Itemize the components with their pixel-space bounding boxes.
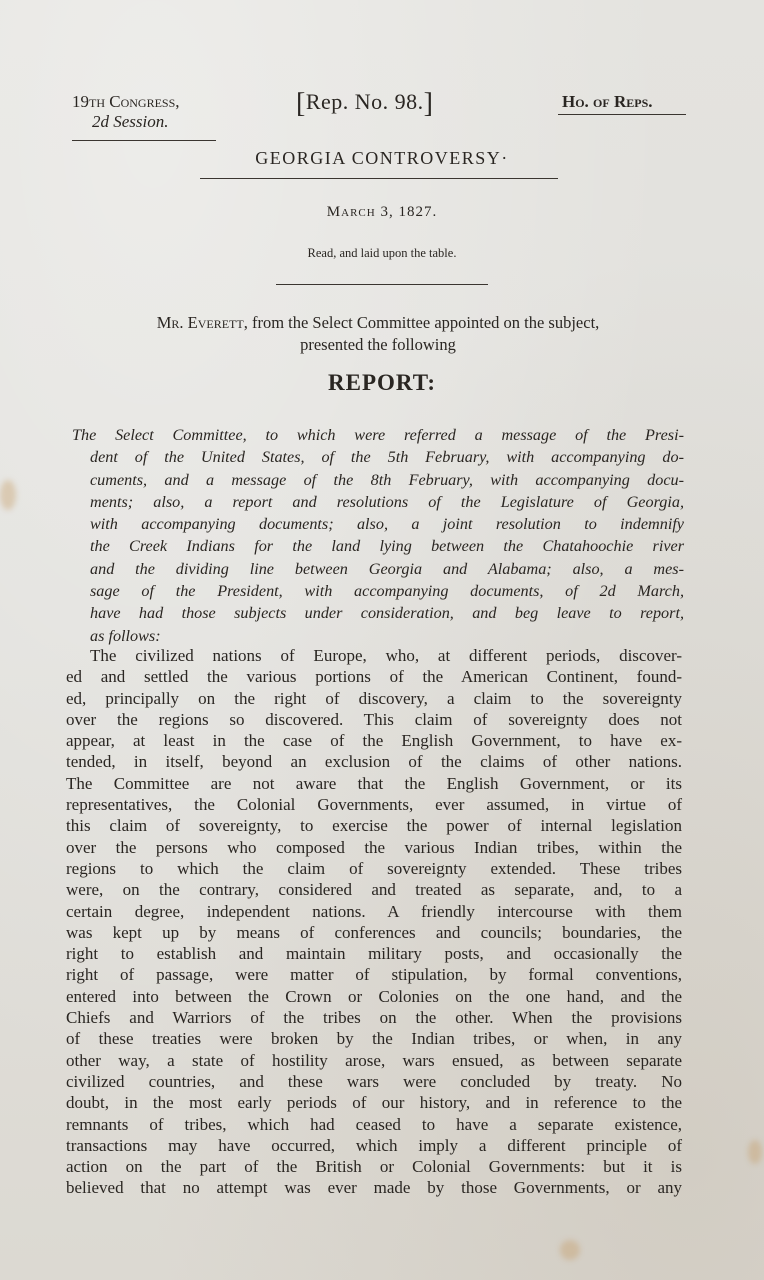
session-label: 2d Session. <box>92 112 180 132</box>
text-line: ed and settled the various portions of t… <box>66 666 682 687</box>
congress-session: 19th Congress, 2d Session. <box>72 92 180 132</box>
document-date: March 3, 1827. <box>0 204 764 221</box>
divider <box>276 284 488 285</box>
text-line: representatives, the Colonial Government… <box>66 794 682 815</box>
text-line: were, on the contrary, considered and tr… <box>66 879 682 900</box>
text-line: sage of the President, with accompanying… <box>72 580 684 602</box>
text-line: appear, at least in the case of the Engl… <box>66 730 682 751</box>
text-line: over the regions so discovered. This cla… <box>66 709 682 730</box>
text-line: cuments, and a message of the 8th Februa… <box>72 469 684 491</box>
text-line: other way, a state of hostility arose, w… <box>66 1050 682 1071</box>
presenter-name: Mr. Everett, <box>157 313 248 332</box>
text-line: civilized countries, and these wars were… <box>66 1071 682 1092</box>
text-line: over the persons who composed the variou… <box>66 837 682 858</box>
text-line: Chiefs and Warriors of the tribes on the… <box>66 1007 682 1028</box>
text-line: of these treaties were broken by the Ind… <box>66 1028 682 1049</box>
text-line: dent of the United States, of the 5th Fe… <box>72 446 684 468</box>
document-page: 19th Congress, 2d Session. [Rep. No. 98.… <box>0 0 764 1280</box>
text-line: right of passage, were matter of stipula… <box>66 964 682 985</box>
text-line: remnants of tribes, which had ceased to … <box>66 1114 682 1135</box>
text-line: doubt, in the most early periods of our … <box>66 1092 682 1113</box>
body-paragraph: The civilized nations of Europe, who, at… <box>66 645 682 1199</box>
text-line: action on the part of the British or Col… <box>66 1156 682 1177</box>
read-note: Read, and laid upon the table. <box>0 246 764 261</box>
report-number: [Rep. No. 98.] <box>296 88 433 120</box>
intro-paragraph: The Select Committee, to which were refe… <box>72 424 684 647</box>
divider <box>200 178 558 179</box>
chamber-label: Ho. of Reps. <box>562 92 653 112</box>
text-line: the Creek Indians for the land lying bet… <box>72 535 684 557</box>
text-line: tended, in itself, beyond an exclusion o… <box>66 751 682 772</box>
text-line: believed that no attempt was ever made b… <box>66 1177 682 1198</box>
text-line: transactions may have occurred, which im… <box>66 1135 682 1156</box>
report-heading: REPORT: <box>0 370 764 396</box>
text-line: The civilized nations of Europe, who, at… <box>66 645 682 666</box>
paper-stain <box>560 1240 580 1260</box>
document-header: 19th Congress, 2d Session. [Rep. No. 98.… <box>0 88 764 148</box>
text-line: certain degree, independent nations. A f… <box>66 901 682 922</box>
text-line: was kept up by means of conferences and … <box>66 922 682 943</box>
text-line: The Committee are not aware that the Eng… <box>66 773 682 794</box>
divider <box>72 140 216 141</box>
text-line: have had those subjects under considerat… <box>72 602 684 624</box>
text-line: with accompanying documents; also, a joi… <box>72 513 684 535</box>
text-line: this claim of sovereignty, to exercise t… <box>66 815 682 836</box>
text-line: ed, principally on the right of discover… <box>66 688 682 709</box>
text-line: ments; also, a report and resolutions of… <box>72 491 684 513</box>
text-line: as follows: <box>72 625 684 647</box>
paper-stain <box>748 1140 762 1164</box>
divider <box>558 114 686 115</box>
text-line: and the dividing line between Georgia an… <box>72 558 684 580</box>
text-line: The Select Committee, to which were refe… <box>72 424 684 446</box>
document-title: GEORGIA CONTROVERSY· <box>0 148 764 169</box>
text-line: entered into between the Crown or Coloni… <box>66 986 682 1007</box>
paper-stain <box>0 480 16 510</box>
text-line: regions to which the claim of sovereignt… <box>66 858 682 879</box>
presenter-statement: Mr. Everett, from the Select Committee a… <box>72 312 684 356</box>
report-number-label: Rep. No. 98. <box>306 89 424 114</box>
congress-label: 19th Congress, <box>72 92 180 111</box>
text-line: right to establish and maintain military… <box>66 943 682 964</box>
